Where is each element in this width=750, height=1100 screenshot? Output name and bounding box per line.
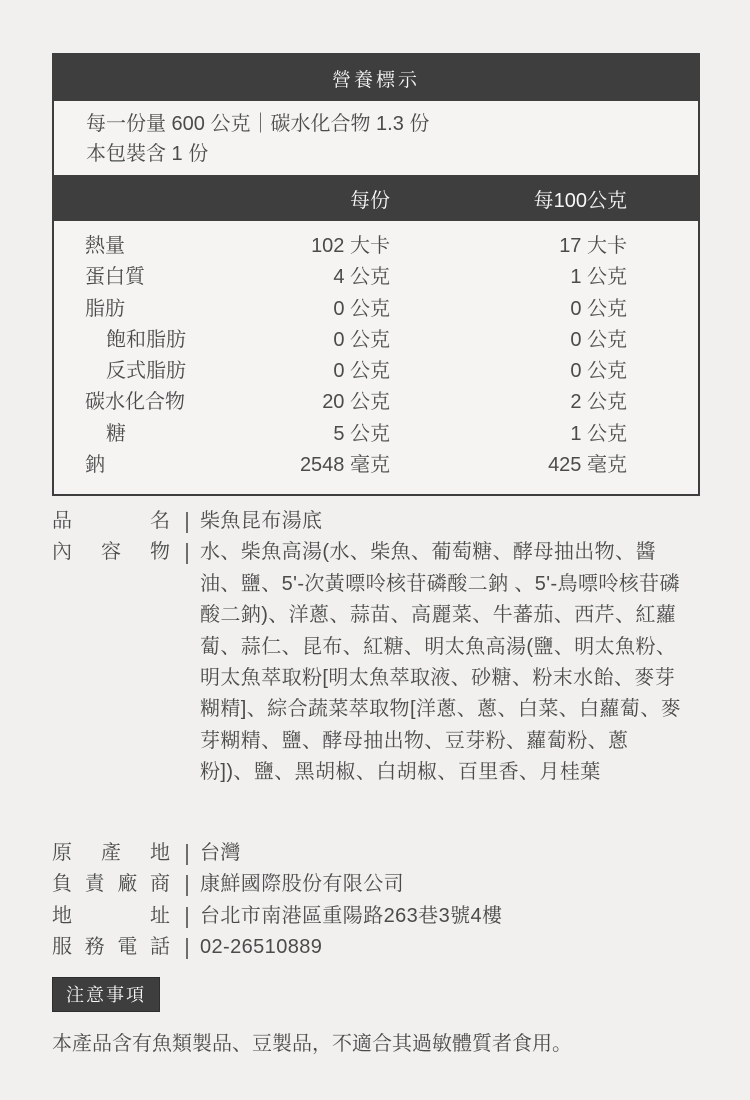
- per-100g-value: 425 毫克: [390, 450, 627, 481]
- nutrition-row-label: 飽和脂肪: [85, 325, 240, 356]
- notice-section: 注意事項 本產品含有魚類製品、豆製品，不適合其過敏體質者食用。: [52, 977, 700, 1059]
- nutrition-row: 熱量 102 大卡 17 大卡: [54, 231, 698, 262]
- nutrition-row: 脂肪 0 公克 0 公克: [54, 294, 698, 325]
- info-row: 原產地 台灣: [52, 838, 700, 869]
- info-row-label: 內容物: [52, 537, 170, 568]
- nutrition-row-label: 反式脂肪: [85, 356, 240, 387]
- per-serving-value: 0 公克: [240, 356, 390, 387]
- nutrition-row-label: 碳水化合物: [85, 387, 240, 418]
- column-header-per-100g: 每100公克: [390, 184, 627, 213]
- info-row-value: 台灣: [184, 838, 682, 869]
- per-100g-value: 17 大卡: [390, 231, 627, 262]
- nutrition-row-label: 熱量: [85, 231, 240, 262]
- per-100g-value: 0 公克: [390, 294, 627, 325]
- info-row: 內容物 水、柴魚高湯(水、柴魚、葡萄糖、酵母抽出物、醬油、鹽、5'-次黃嘌呤核苷…: [52, 537, 700, 788]
- info-row: 負責廠商 康鮮國際股份有限公司: [52, 869, 700, 900]
- info-row-value: 柴魚昆布湯底: [184, 506, 682, 537]
- column-header-per-serving: 每份: [240, 184, 390, 213]
- nutrition-row-label: 脂肪: [85, 294, 240, 325]
- serving-line-2: 本包裝含 1 份: [86, 139, 678, 169]
- per-serving-value: 2548 毫克: [240, 450, 390, 481]
- nutrition-row: 蛋白質 4 公克 1 公克: [54, 262, 698, 293]
- nutrition-row: 反式脂肪 0 公克 0 公克: [54, 356, 698, 387]
- info-row-label: 服務電話: [52, 932, 170, 963]
- info-row: 品名 柴魚昆布湯底: [52, 506, 700, 537]
- nutrition-row: 鈉 2548 毫克 425 毫克: [54, 450, 698, 481]
- nutrition-row-label: 鈉: [85, 450, 240, 481]
- per-100g-value: 0 公克: [390, 325, 627, 356]
- product-label-page: 營養標示 每一份量 600 公克｜碳水化合物 1.3 份 本包裝含 1 份 每份…: [0, 0, 750, 1100]
- per-100g-value: 1 公克: [390, 419, 627, 450]
- per-serving-value: 4 公克: [240, 262, 390, 293]
- nutrition-row: 飽和脂肪 0 公克 0 公克: [54, 325, 698, 356]
- product-info-section: 品名 柴魚昆布湯底 內容物 水、柴魚高湯(水、柴魚、葡萄糖、酵母抽出物、醬油、鹽…: [52, 506, 700, 789]
- info-row-label: 地址: [52, 901, 170, 932]
- per-serving-value: 0 公克: [240, 294, 390, 325]
- origin-info-section: 原產地 台灣 負責廠商 康鮮國際股份有限公司 地址 台北市南港區重陽路263巷3…: [52, 838, 700, 964]
- info-row-label: 負責廠商: [52, 869, 170, 900]
- nutrition-row: 碳水化合物 20 公克 2 公克: [54, 387, 698, 418]
- nutrition-rows: 熱量 102 大卡 17 大卡 蛋白質 4 公克 1 公克 脂肪 0 公克 0 …: [54, 221, 698, 494]
- column-header-row: 每份 每100公克: [54, 175, 698, 221]
- notice-text: 本產品含有魚類製品、豆製品，不適合其過敏體質者食用。: [52, 1029, 700, 1059]
- info-row-value: 台北市南港區重陽路263巷3號4樓: [184, 901, 682, 932]
- nutrition-row-label: 蛋白質: [85, 262, 240, 293]
- per-100g-value: 1 公克: [390, 262, 627, 293]
- info-row-value: 02-26510889: [184, 932, 682, 963]
- nutrition-table: 營養標示 每一份量 600 公克｜碳水化合物 1.3 份 本包裝含 1 份 每份…: [52, 53, 700, 496]
- nutrition-row-label: 糖: [85, 419, 240, 450]
- per-100g-value: 2 公克: [390, 387, 627, 418]
- nutrition-row: 糖 5 公克 1 公克: [54, 419, 698, 450]
- per-100g-value: 0 公克: [390, 356, 627, 387]
- info-row-value: 康鮮國際股份有限公司: [184, 869, 682, 900]
- nutrition-title: 營養標示: [54, 55, 698, 101]
- serving-line-1: 每一份量 600 公克｜碳水化合物 1.3 份: [86, 109, 678, 139]
- per-serving-value: 0 公克: [240, 325, 390, 356]
- notice-badge: 注意事項: [52, 977, 160, 1012]
- info-row-label: 原產地: [52, 838, 170, 869]
- info-row: 地址 台北市南港區重陽路263巷3號4樓: [52, 901, 700, 932]
- per-serving-value: 5 公克: [240, 419, 390, 450]
- info-row-label: 品名: [52, 506, 170, 537]
- info-row-value: 水、柴魚高湯(水、柴魚、葡萄糖、酵母抽出物、醬油、鹽、5'-次黃嘌呤核苷磷酸二鈉…: [184, 537, 682, 788]
- per-serving-value: 102 大卡: [240, 231, 390, 262]
- info-row: 服務電話 02-26510889: [52, 932, 700, 963]
- per-serving-value: 20 公克: [240, 387, 390, 418]
- serving-info: 每一份量 600 公克｜碳水化合物 1.3 份 本包裝含 1 份: [54, 101, 698, 175]
